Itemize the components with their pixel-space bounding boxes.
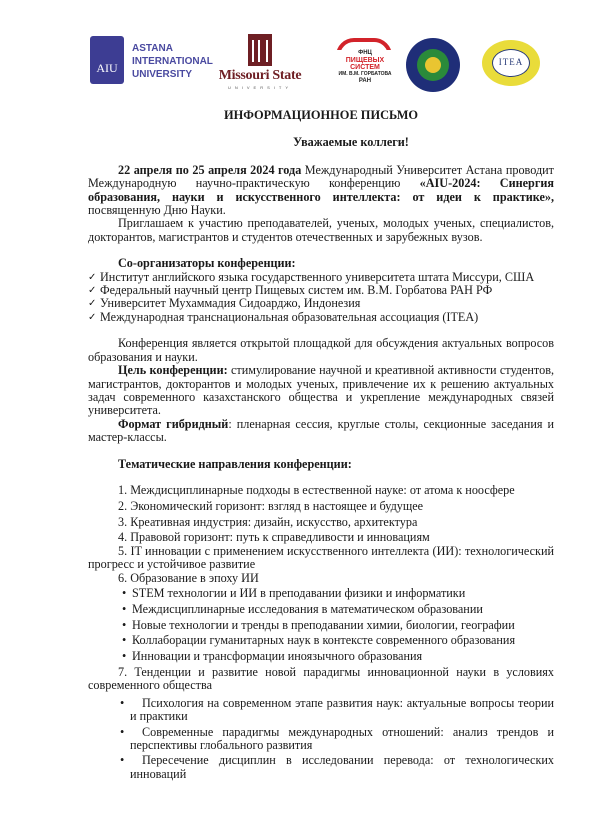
check-icon: ✓ [88,271,96,284]
list-item: ✓Федеральный научный центр Пищевых систе… [88,284,554,297]
bullet-icon: • [120,697,124,710]
aiu-logo-mark: AIU [90,36,124,84]
co-organizers-heading: Со-организаторы конференции: [88,257,554,270]
umsida-logo [406,38,462,92]
bullet-icon: • [120,754,124,767]
topic-item: 1. Междисциплинарные подходы в естествен… [118,484,554,497]
list-item: •Коллаборации гуманитарных наук в контек… [120,634,554,647]
topic-item: 3. Креативная индустрия: дизайн, искусст… [118,516,554,529]
goal-paragraph: Цель конференции: стимулирование научной… [88,364,554,418]
bullet-icon: • [122,619,126,632]
topic-item: 7. Тенденции и развитие новой парадигмы … [88,666,554,693]
bullet-icon: • [122,634,126,647]
topics-list: 1. Междисциплинарные подходы в естествен… [88,484,554,545]
list-item: ✓Институт английского языка государствен… [88,271,554,284]
aiu-logo: AIU ASTANA INTERNATIONAL UNIVERSITY [90,36,202,86]
co-organizers-list: ✓Институт английского языка государствен… [88,271,554,325]
topics-heading: Тематические направления конференции: [88,458,554,471]
topic-item: 4. Правовой горизонт: путь к справедливо… [118,531,554,544]
document-title: ИНФОРМАЦИОННОЕ ПИСЬМО [88,109,554,122]
list-item: •Пересечение дисциплин в исследовании пе… [130,754,554,781]
logo-strip: AIU ASTANA INTERNATIONAL UNIVERSITY Miss… [0,0,594,100]
bullet-icon: • [120,726,124,739]
topic-7-sublist: •Психология на современном этапе развити… [88,697,554,781]
list-item: •Междисциплинарные исследования в матема… [120,603,554,616]
missouri-state-logo: Missouri State UNIVERSITY [212,34,308,90]
aiu-logo-text: ASTANA INTERNATIONAL UNIVERSITY [132,42,213,81]
list-item: ✓Университет Мухаммадия Сидоарджо, Индон… [88,297,554,310]
list-item: •Современные парадигмы международных отн… [130,726,554,753]
list-item: •STEM технологии и ИИ в преподавании физ… [120,587,554,600]
itea-logo: ITEA [482,40,540,88]
check-icon: ✓ [88,297,96,310]
invitation-paragraph: Приглашаем к участию преподавателей, уче… [88,217,554,244]
platform-paragraph: Конференция является открытой площадкой … [88,337,554,364]
check-icon: ✓ [88,284,96,297]
bullet-icon: • [122,587,126,600]
check-icon: ✓ [88,311,96,324]
topic-item: 2. Экономический горизонт: взгляд в наст… [118,500,554,513]
bullet-icon: • [122,603,126,616]
topic-item: 6. Образование в эпоху ИИ [88,572,554,585]
list-item: •Новые технологии и тренды в преподавани… [120,619,554,632]
letter-body: ИНФОРМАЦИОННОЕ ПИСЬМО Уважаемые коллеги!… [88,109,554,783]
sun-icon [425,57,441,73]
bullet-icon: • [122,650,126,663]
list-item: •Психология на современном этапе развити… [130,697,554,724]
food-systems-logo: ФНЦ ПИЩЕВЫХ СИСТЕМ ИМ. В.М. ГОРБАТОВА РА… [330,36,400,88]
format-paragraph: Формат гибридный: пленарная сессия, круг… [88,418,554,445]
greeting: Уважаемые коллеги! [148,136,554,149]
list-item: •Инновации и трансформации иноязычного о… [120,650,554,663]
list-item: ✓Международная транснациональная образов… [88,311,554,324]
topic-6-sublist: •STEM технологии и ИИ в преподавании физ… [88,587,554,664]
intro-paragraph: 22 апреля по 25 апреля 2024 года Междуна… [88,164,554,218]
building-icon [248,34,272,66]
topic-item: 5. IT инновации с применением искусствен… [88,545,554,572]
